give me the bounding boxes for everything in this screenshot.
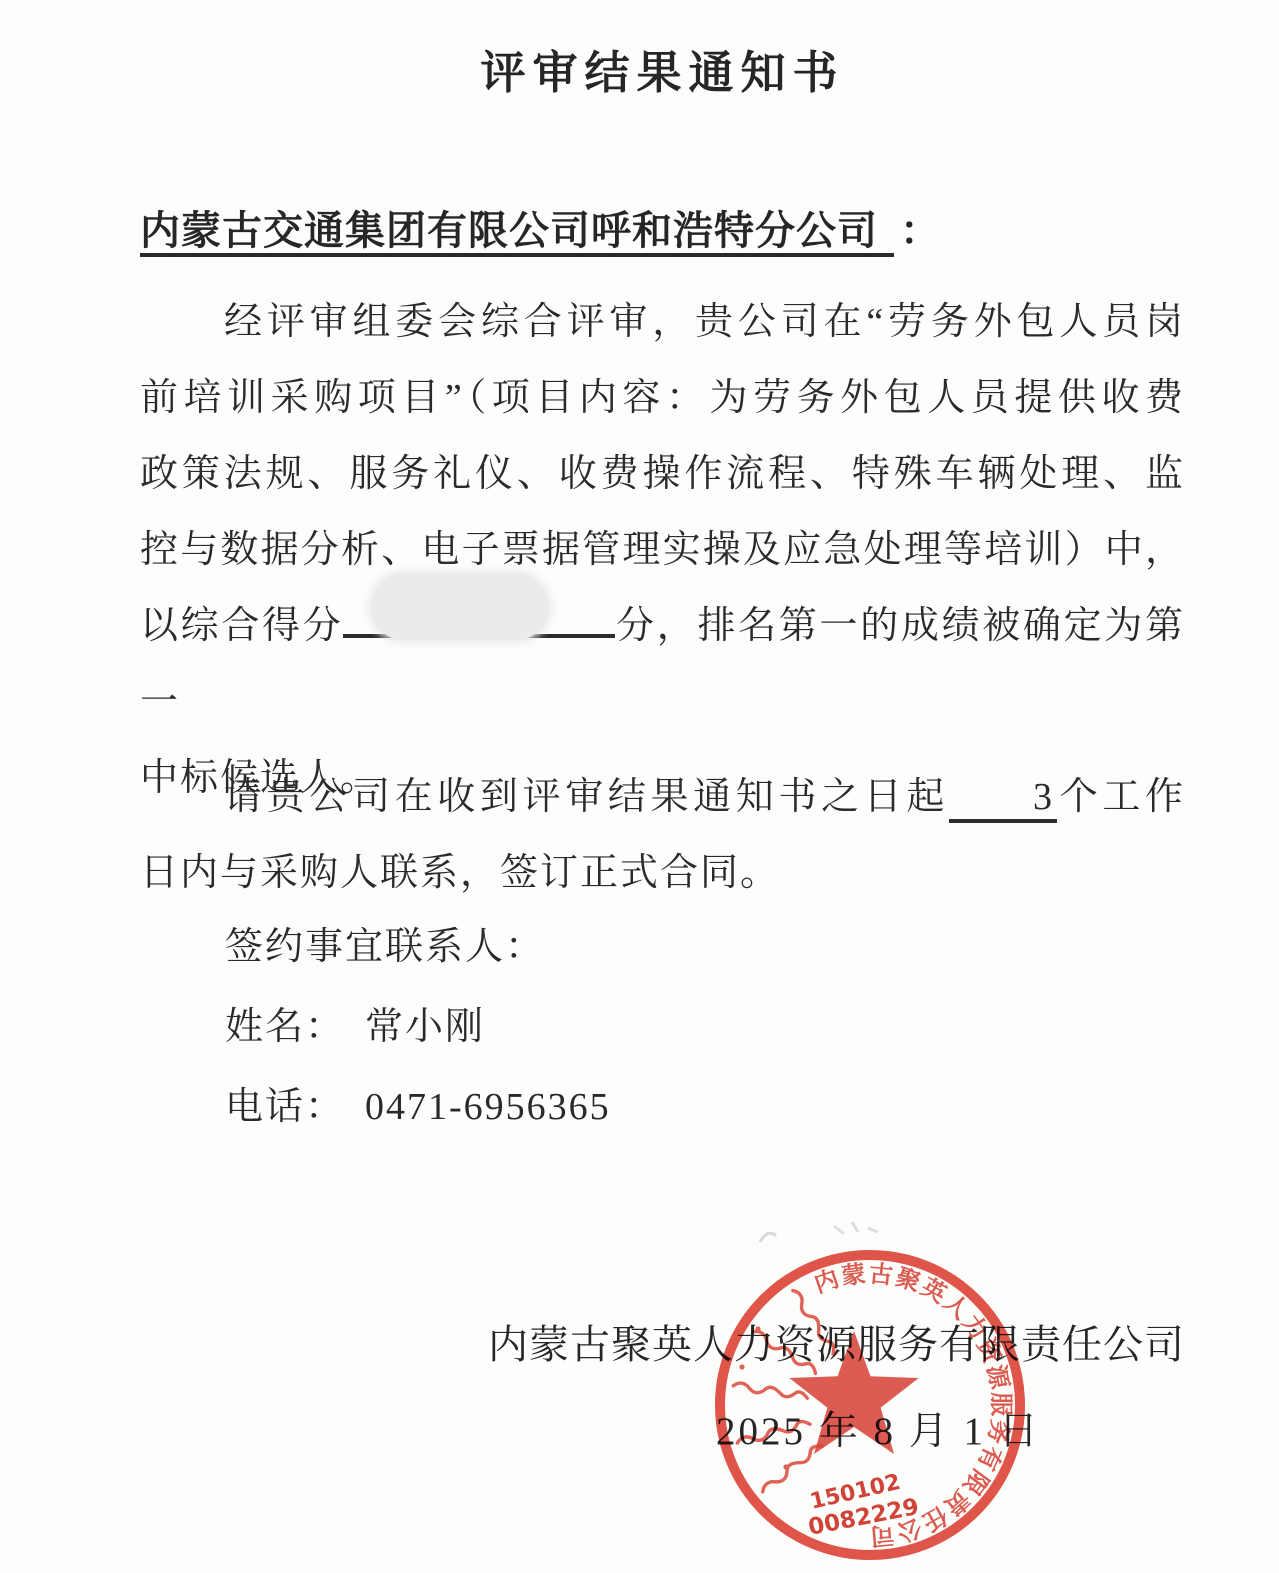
body-line-8: 日内与采购人联系，签订正式合同。 — [140, 835, 1185, 911]
addressee-name: 内蒙古交通集团有限公司呼和浩特分公司 — [140, 208, 894, 257]
contact-phone-label: 电话： — [225, 1086, 345, 1128]
contact-name-value: 常小刚 — [365, 1006, 485, 1048]
document-page: 评审结果通知书 内蒙古交通集团有限公司呼和浩特分公司： 经评审组委会综合评审，贵… — [0, 0, 1279, 1573]
contact-name-line: 姓名：常小刚 — [140, 989, 1185, 1065]
body-line-2: 前培训采购项目”（项目内容：为劳务外包人员提供收费 — [140, 360, 1185, 436]
seal-star-icon — [789, 1331, 918, 1454]
body-line-3: 政策法规、服务礼仪、收费操作流程、特殊车辆处理、监 — [140, 436, 1185, 512]
contact-phone-value: 0471-6956365 — [365, 1086, 611, 1128]
redaction-pill — [371, 574, 549, 640]
addressee-colon: ： — [900, 208, 941, 253]
addressee-line: 内蒙古交通集团有限公司呼和浩特分公司： — [140, 192, 1260, 270]
company-seal: 内蒙古聚英人力资源服务有限责任公司 150102 0082229 — [708, 1243, 1032, 1567]
body-line-1: 经评审组委会综合评审，贵公司在“劳务外包人员岗 — [140, 284, 1185, 360]
body-line-7: 请贵公司在收到评审结果通知书之日起3个工作 — [140, 759, 1185, 835]
body-line-4: 控与数据分析、电子票据管理实操及应急处理等培训）中， — [140, 512, 1185, 588]
paragraph-1: 经评审组委会综合评审，贵公司在“劳务外包人员岗 前培训采购项目”（项目内容：为劳… — [140, 284, 1185, 816]
paragraph-2: 请贵公司在收到评审结果通知书之日起3个工作 日内与采购人联系，签订正式合同。 — [140, 759, 1185, 911]
page-title: 评审结果通知书 — [140, 40, 1185, 106]
days-text-before: 请贵公司在收到评审结果通知书之日起 — [224, 776, 949, 818]
days-text-after: 个工作 — [1057, 776, 1185, 818]
body-line-score: 以综合得分分，排名第一的成绩被确定为第一 — [140, 588, 1185, 740]
contact-phone-line: 电话：0471-6956365 — [140, 1069, 1185, 1145]
score-text-before: 以综合得分 — [140, 605, 343, 647]
days-blank: 3 — [949, 775, 1057, 823]
contact-heading: 签约事宜联系人： — [140, 909, 1185, 985]
contact-name-label: 姓名： — [225, 1006, 345, 1048]
score-blank — [343, 622, 615, 638]
